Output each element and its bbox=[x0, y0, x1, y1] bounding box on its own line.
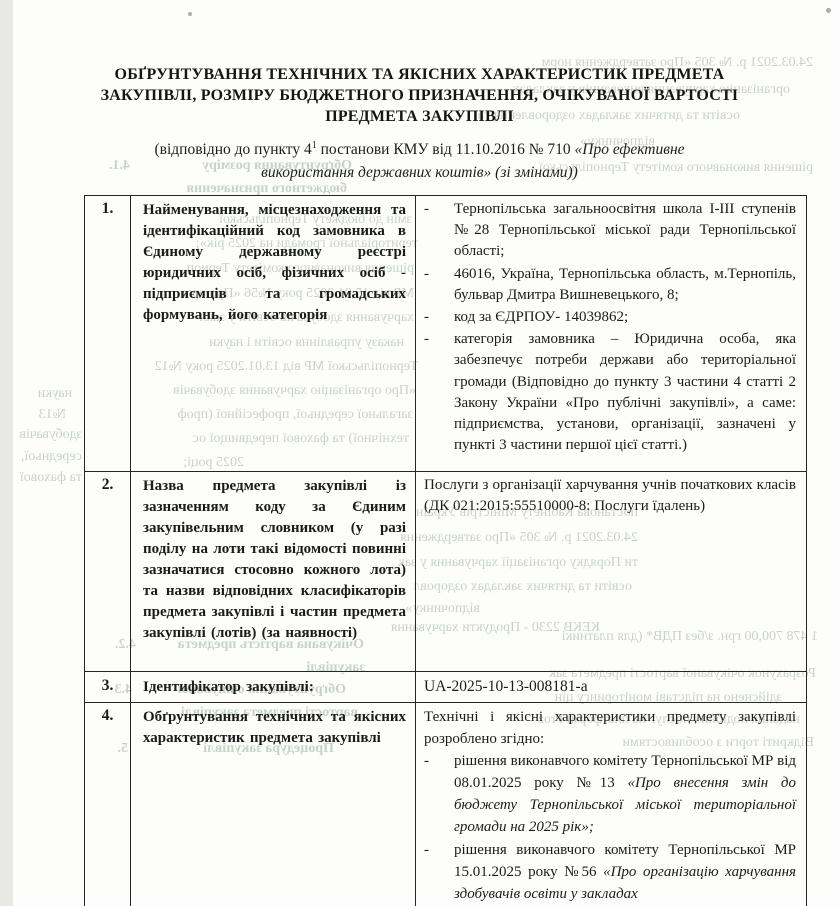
doc-subtitle: (відповідно до пункту 41 постанови КМУ в… bbox=[0, 134, 839, 184]
row-label: Обґрунтування технічних та якісних харак… bbox=[131, 703, 416, 906]
page-title: ОБҐРУНТУВАННЯ ТЕХНІЧНИХ ТА ЯКІСНИХ ХАРАК… bbox=[0, 64, 839, 127]
row-label: Найменування, місцезнаходження та іденти… bbox=[131, 196, 416, 471]
scan-speck bbox=[188, 12, 192, 16]
row-number: 2. bbox=[85, 472, 131, 671]
row-value: Послуги з організації харчування учнів п… bbox=[416, 472, 806, 671]
procurement-table: 1. Найменування, місцезнаходження та іде… bbox=[84, 195, 807, 906]
subtitle-text: постанови КМУ від 11.10.2016 № 710 bbox=[317, 141, 575, 158]
row-label: Ідентифікатор закупівлі: bbox=[131, 672, 416, 702]
decision-reference: рішення виконавчого комітету Тернопільсь… bbox=[454, 750, 796, 838]
list-item: - 46016, Україна, Тернопільська область,… bbox=[424, 264, 796, 306]
bleedthrough-text: та фахової bbox=[6, 470, 82, 487]
scan-speck bbox=[826, 8, 831, 13]
row-value: Технічні і якісні характеристики предмет… bbox=[416, 703, 806, 906]
subtitle-text: (відповідно до пункту 4 bbox=[154, 141, 311, 158]
customer-edrpou: код за ЄДРПОУ- 14039862; bbox=[454, 307, 796, 328]
bleedthrough-text: здобувачів bbox=[6, 427, 82, 444]
bleedthrough-text: науки bbox=[14, 386, 72, 403]
row-number: 1. bbox=[85, 196, 131, 471]
decision-reference: рішення виконавчого комітету Тернопільсь… bbox=[454, 839, 796, 905]
procurement-identifier: UA-2025-10-13-008181-a bbox=[416, 672, 806, 702]
list-item: - рішення виконавчого комітету Тернопіль… bbox=[424, 839, 796, 905]
list-item: - код за ЄДРПОУ- 14039862; bbox=[424, 307, 796, 328]
customer-address: 46016, Україна, Тернопільська область, м… bbox=[454, 264, 796, 306]
dash-marker: - bbox=[424, 839, 454, 905]
subtitle-italic: «Про ефективне bbox=[575, 141, 685, 158]
bleedthrough-text: №13 bbox=[20, 407, 66, 424]
customer-category: категорія замовника – Юридична особа, як… bbox=[454, 329, 796, 456]
table-row-justification: 4. Обґрунтування технічних та якісних ха… bbox=[85, 703, 806, 906]
document-header: ОБҐРУНТУВАННЯ ТЕХНІЧНИХ ТА ЯКІСНИХ ХАРАК… bbox=[0, 64, 839, 184]
title-line: ЗАКУПІВЛІ, РОЗМІРУ БЮДЖЕТНОГО ПРИЗНАЧЕНН… bbox=[0, 85, 839, 106]
list-item: - Тернопільська загальноосвітня школа І-… bbox=[424, 199, 796, 263]
table-row-subject: 2. Назва предмета закупівлі із зазначенн… bbox=[85, 472, 806, 672]
dash-marker: - bbox=[424, 264, 454, 306]
customer-name: Тернопільська загальноосвітня школа І-ІІ… bbox=[454, 199, 796, 263]
scanned-document-page: 24.03.2021 р. № 305 «Про затвердження но… bbox=[0, 0, 839, 906]
table-row-identifier: 3. Ідентифікатор закупівлі: UA-2025-10-1… bbox=[85, 672, 806, 703]
row-number: 3. bbox=[85, 672, 131, 702]
bleedthrough-text: середньої, bbox=[6, 449, 82, 466]
dash-marker: - bbox=[424, 750, 454, 838]
title-line: ОБҐРУНТУВАННЯ ТЕХНІЧНИХ ТА ЯКІСНИХ ХАРАК… bbox=[0, 64, 839, 85]
title-line: ПРЕДМЕТА ЗАКУПІВЛІ bbox=[0, 106, 839, 127]
table-row-customer: 1. Найменування, місцезнаходження та іде… bbox=[85, 196, 806, 472]
justification-intro: Технічні і якісні характеристики предмет… bbox=[424, 706, 796, 750]
list-item: - рішення виконавчого комітету Тернопіль… bbox=[424, 750, 796, 838]
dash-marker: - bbox=[424, 307, 454, 328]
dash-marker: - bbox=[424, 199, 454, 263]
row-label: Назва предмета закупівлі із зазначенням … bbox=[131, 472, 416, 671]
list-item: - категорія замовника – Юридична особа, … bbox=[424, 329, 796, 456]
dash-marker: - bbox=[424, 329, 454, 456]
row-value: - Тернопільська загальноосвітня школа І-… bbox=[416, 196, 806, 471]
row-number: 4. bbox=[85, 703, 131, 906]
procurement-subject: Послуги з організації харчування учнів п… bbox=[424, 477, 796, 514]
subtitle-italic: використання державних коштів» (зі зміна… bbox=[261, 164, 578, 181]
